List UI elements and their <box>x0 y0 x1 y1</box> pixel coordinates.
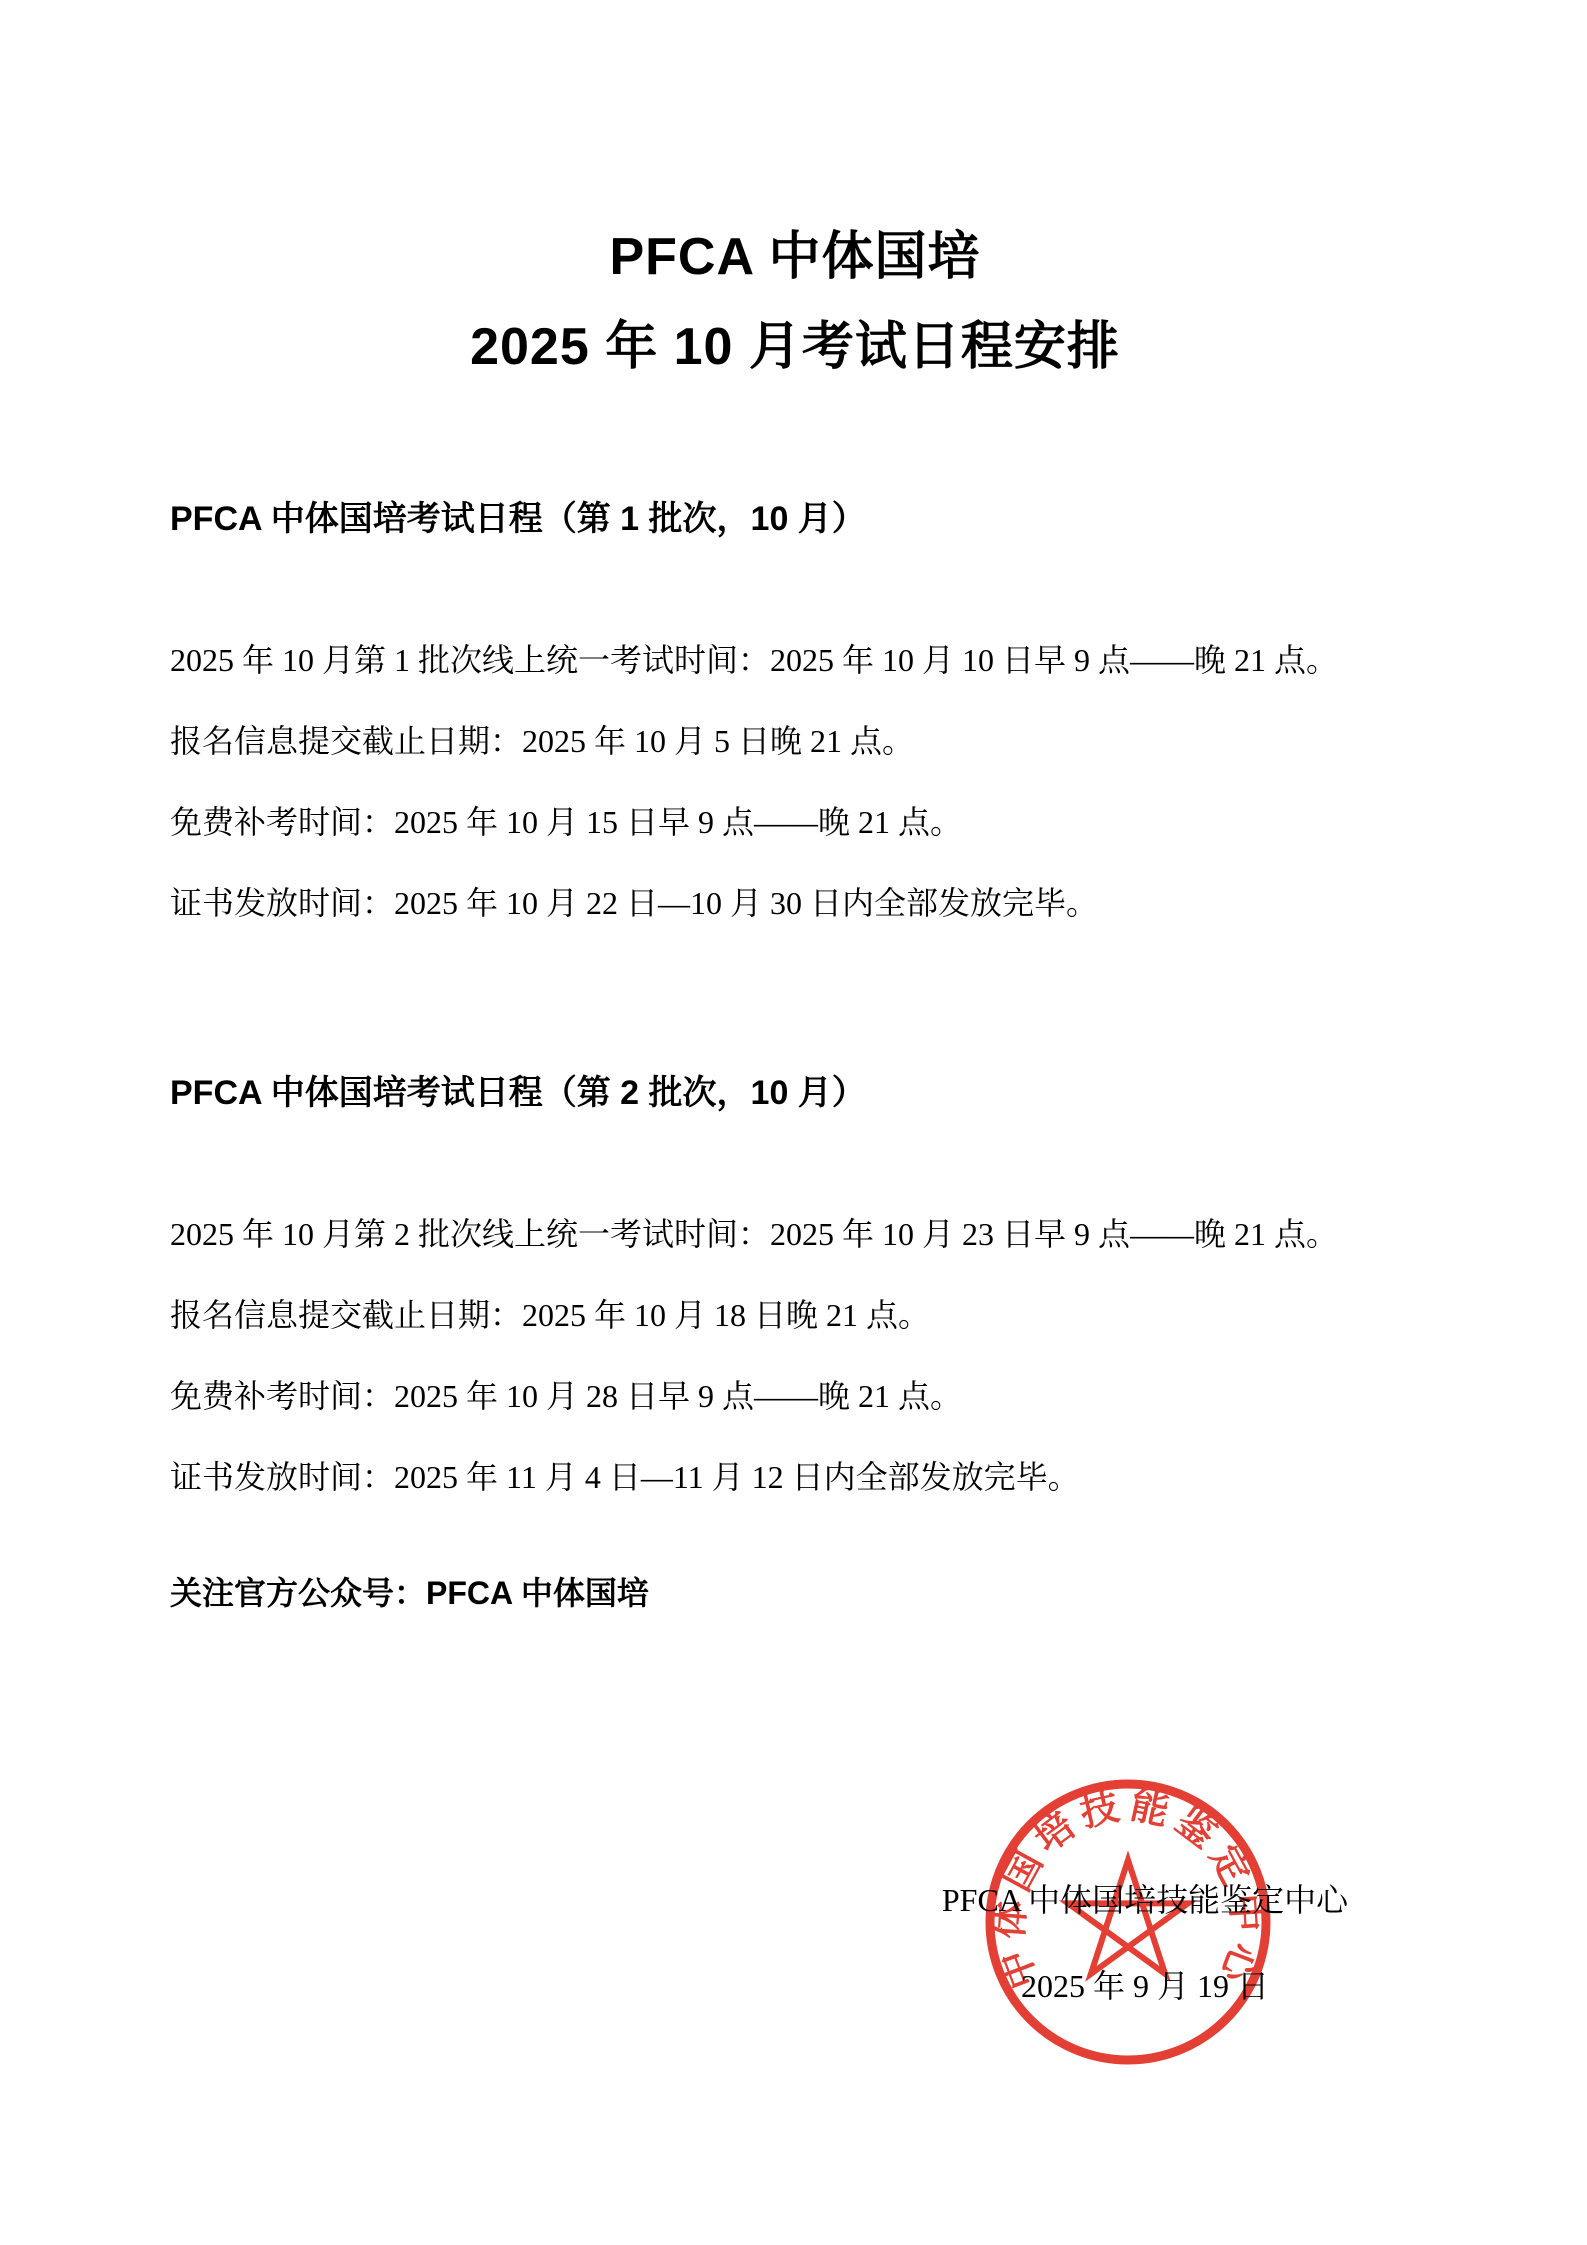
section1-exam-time: 2025 年 10 月第 1 批次线上统一考试时间：2025 年 10 月 10… <box>170 633 1420 688</box>
document-title-line2: 2025 年 10 月考试日程安排 <box>170 315 1420 379</box>
section1-registration-deadline: 报名信息提交截止日期：2025 年 10 月 5 日晚 21 点。 <box>170 714 1420 769</box>
section1-paragraphs: 2025 年 10 月第 1 批次线上统一考试时间：2025 年 10 月 10… <box>170 633 1420 931</box>
section2-registration-deadline: 报名信息提交截止日期：2025 年 10 月 18 日晚 21 点。 <box>170 1288 1420 1343</box>
signature-block: PFCA 中体国培技能鉴定中心 2025 年 9 月 19 日 <box>905 1878 1385 2008</box>
document-content: PFCA 中体国培 2025 年 10 月考试日程安排 PFCA 中体国培考试日… <box>0 0 1587 1615</box>
section1-certificate-issue-time: 证书发放时间：2025 年 10 月 22 日—10 月 30 日内全部发放完毕… <box>170 876 1420 931</box>
section2-exam-time: 2025 年 10 月第 2 批次线上统一考试时间：2025 年 10 月 23… <box>170 1207 1420 1262</box>
document-page: PFCA 中体国培 2025 年 10 月考试日程安排 PFCA 中体国培考试日… <box>0 0 1587 2245</box>
official-account-line: 关注官方公众号：PFCA 中体国培 <box>170 1571 1420 1615</box>
issuing-organization: PFCA 中体国培技能鉴定中心 <box>905 1878 1385 1922</box>
section2-heading: PFCA 中体国培考试日程（第 2 批次，10 月） <box>170 1071 1420 1115</box>
issue-date: 2025 年 9 月 19 日 <box>905 1964 1385 2008</box>
section2-paragraphs: 2025 年 10 月第 2 批次线上统一考试时间：2025 年 10 月 23… <box>170 1207 1420 1505</box>
section1-heading: PFCA 中体国培考试日程（第 1 批次，10 月） <box>170 497 1420 541</box>
section2-certificate-issue-time: 证书发放时间：2025 年 11 月 4 日—11 月 12 日内全部发放完毕。 <box>170 1450 1420 1505</box>
section2-makeup-exam-time: 免费补考时间：2025 年 10 月 28 日早 9 点——晚 21 点。 <box>170 1369 1420 1424</box>
section1-makeup-exam-time: 免费补考时间：2025 年 10 月 15 日早 9 点——晚 21 点。 <box>170 795 1420 850</box>
document-title-line1: PFCA 中体国培 <box>170 225 1420 289</box>
